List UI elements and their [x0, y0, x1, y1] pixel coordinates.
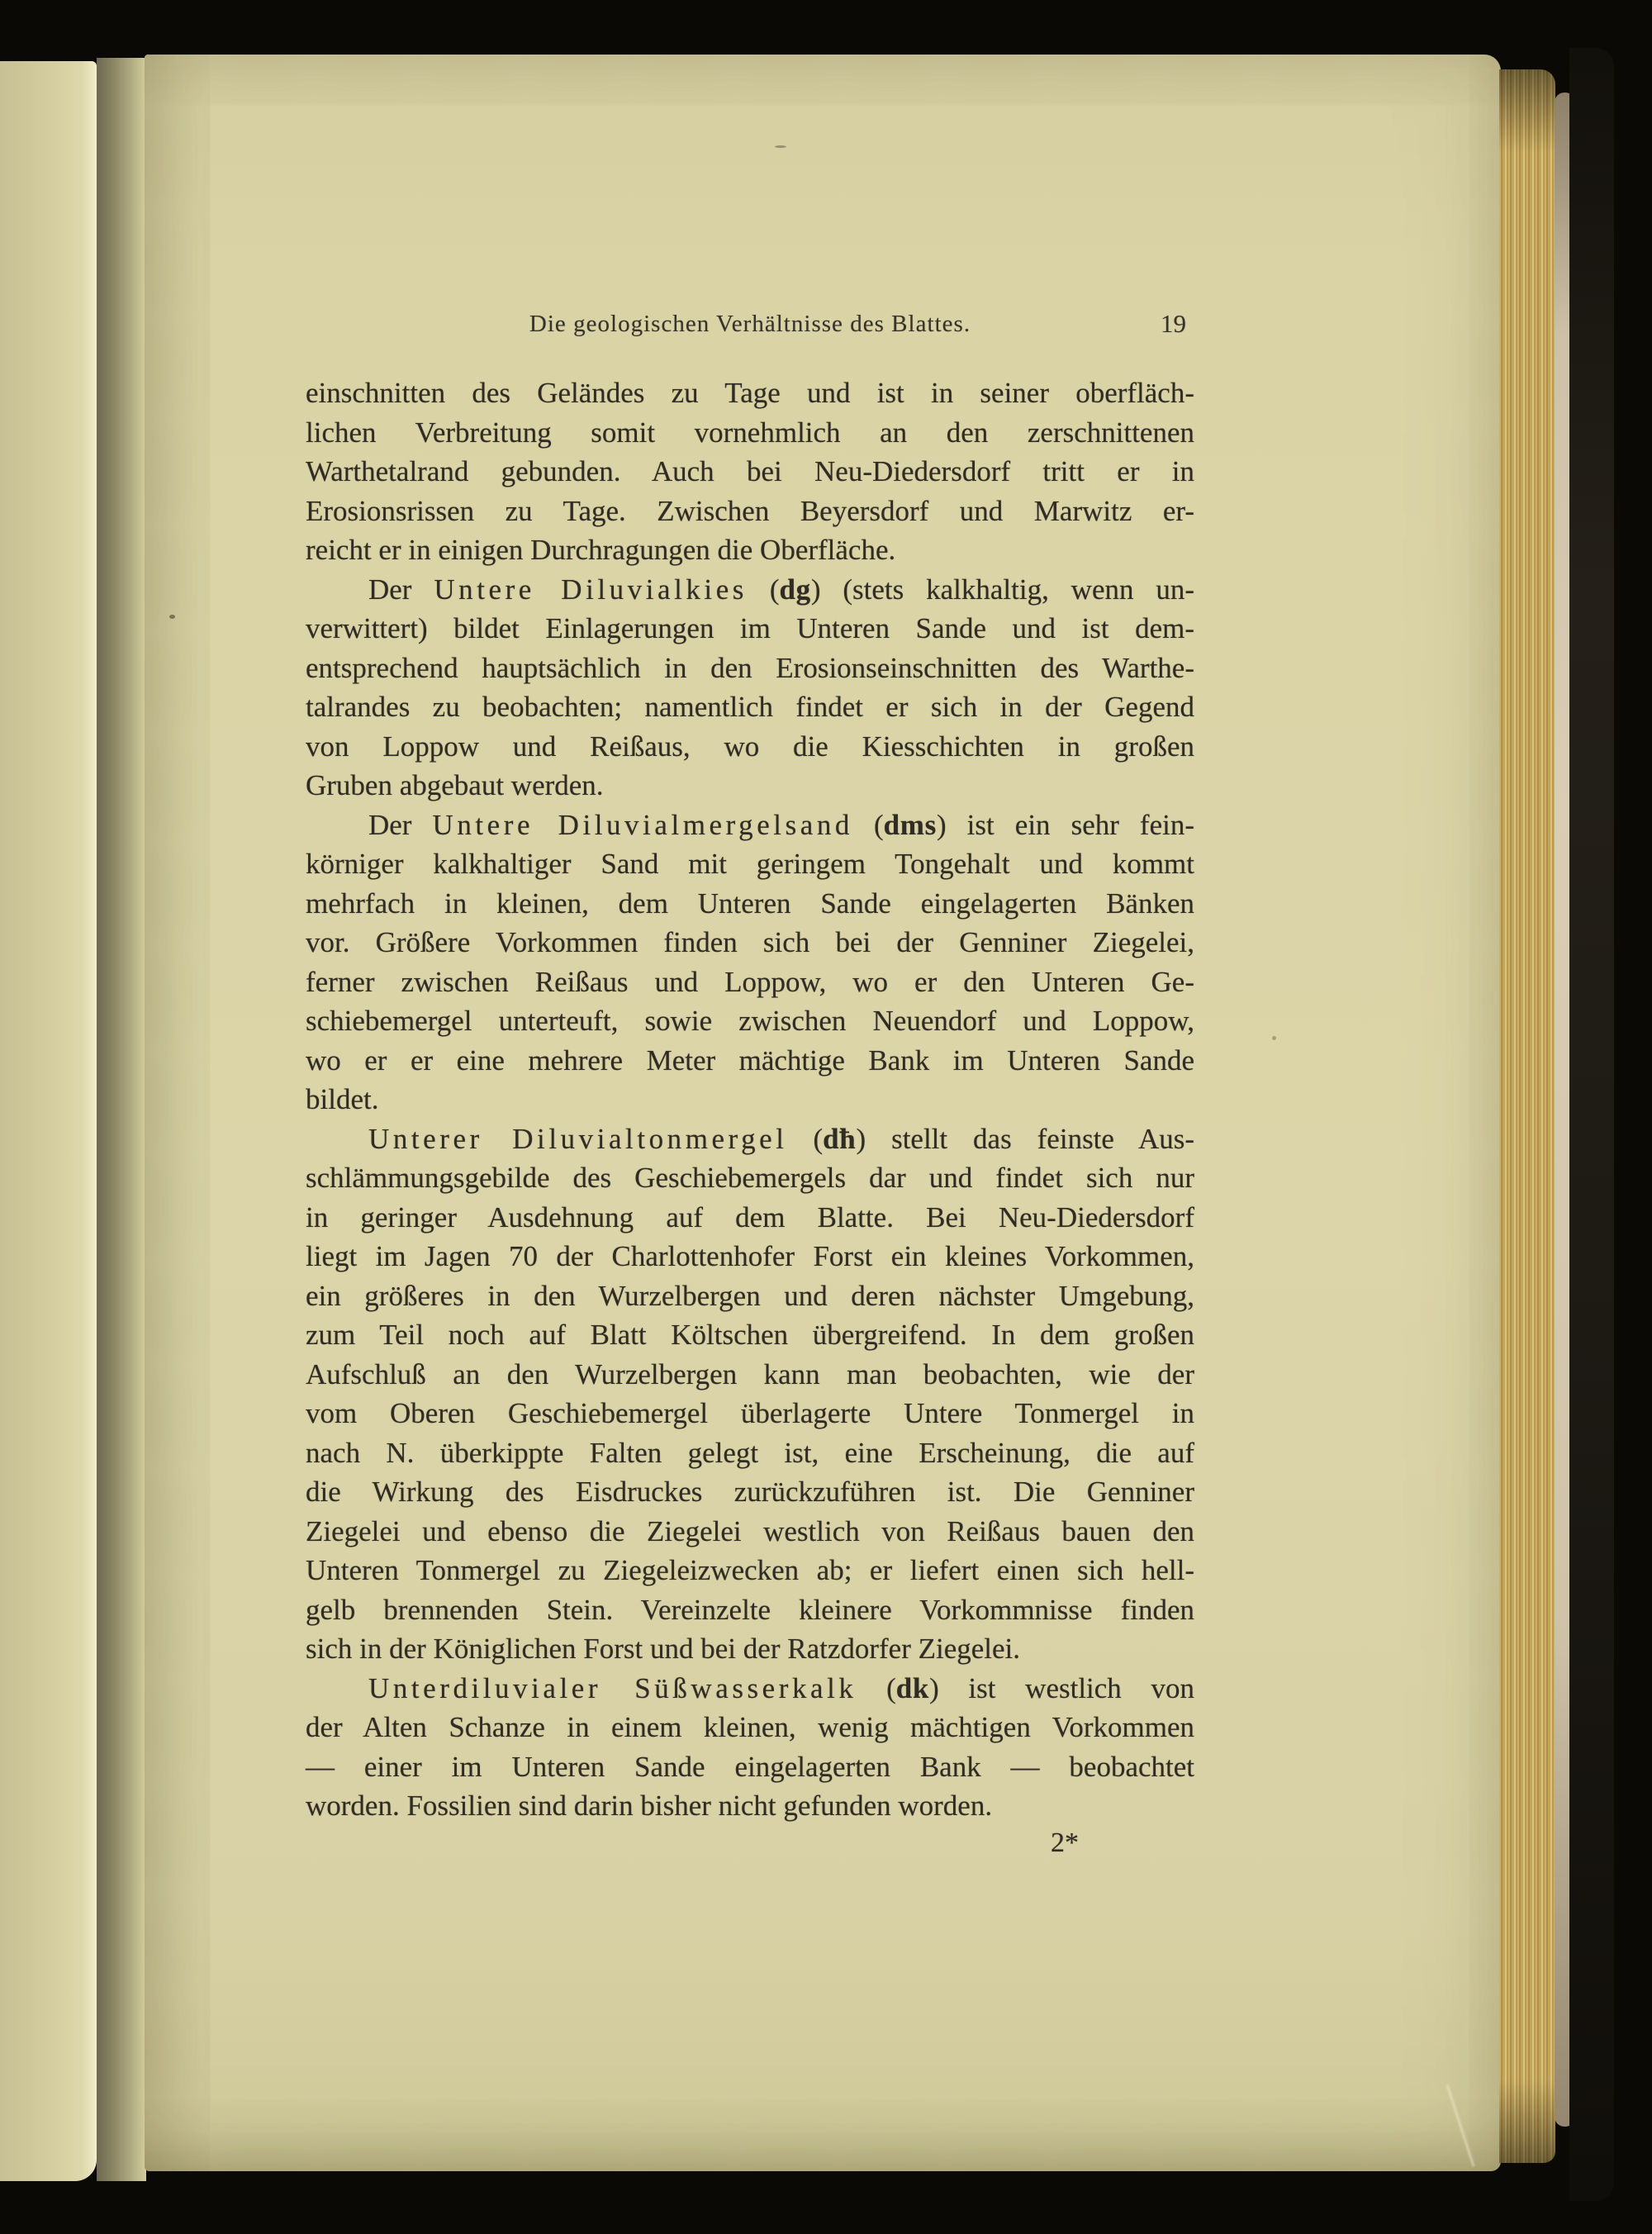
text-line: talrandes zu beobachten; namentlich find… — [306, 687, 1194, 727]
paper-speck — [1272, 1036, 1276, 1040]
running-header-title: Die geologischen Verhältnisse des Blatte… — [306, 311, 1194, 338]
text-line: in geringer Ausdehnung auf dem Blatte. B… — [306, 1198, 1194, 1238]
text-line: sich in der Königlichen Forst und bei de… — [306, 1629, 1194, 1669]
paragraph: Der Untere Diluvialkies (dg) (stets kalk… — [306, 570, 1194, 806]
text-line: gelb brennenden Stein. Vereinzelte klein… — [306, 1590, 1194, 1630]
book-cover-edge — [1569, 48, 1614, 2201]
text-run: ( — [788, 1123, 824, 1155]
text-run: Der — [368, 809, 433, 841]
text-run: talrandes zu beobachten; namentlich find… — [306, 691, 1194, 723]
text-run: liegt im Jagen 70 der Charlottenhofer Fo… — [306, 1240, 1194, 1272]
text-run: Erosionsrissen zu Tage. Zwischen Beyersd… — [306, 495, 1194, 527]
page-number: 19 — [1161, 309, 1186, 339]
text-line: Erosionsrissen zu Tage. Zwischen Beyersd… — [306, 492, 1194, 531]
paragraph: Unterer Diluvialtonmergel (dħ) stellt da… — [306, 1119, 1194, 1669]
emphasized-term: Untere Diluvialmergelsand — [433, 809, 853, 841]
text-run: wo er er eine mehrere Meter mächtige Ban… — [306, 1044, 1194, 1077]
text-line: schlämmungsgebilde des Geschiebemergels … — [306, 1158, 1194, 1198]
body-text: einschnitten des Geländes zu Tage und is… — [306, 373, 1194, 1826]
text-line: Unteren Tonmergel zu Ziegeleizwecken ab;… — [306, 1551, 1194, 1590]
text-line: von Loppow und Reißaus, wo die Kiesschic… — [306, 727, 1194, 767]
text-line: vor. Größere Vorkommen finden sich bei d… — [306, 923, 1194, 963]
text-run: ) ist westlich von — [929, 1672, 1194, 1704]
text-line: Der Untere Diluvialkies (dg) (stets kalk… — [306, 570, 1194, 610]
text-run: ein größeres in den Wurzelbergen und der… — [306, 1280, 1194, 1312]
text-run: vom Oberen Geschiebemergel überlagerte U… — [306, 1397, 1194, 1429]
text-run: Unteren Tonmergel zu Ziegeleizwecken ab;… — [306, 1554, 1194, 1586]
paragraph: einschnitten des Geländes zu Tage und is… — [306, 373, 1194, 570]
paper-speck — [169, 615, 175, 619]
signature-mark: 2* — [306, 1828, 1194, 1859]
text-line: worden. Fossilien sind darin bisher nich… — [306, 1786, 1194, 1826]
text-line: — einer im Unteren Sande eingelagerten B… — [306, 1747, 1194, 1787]
text-run: Ziegelei und ebenso die Ziegelei westlic… — [306, 1515, 1194, 1547]
text-line: entsprechend hauptsächlich in den Erosio… — [306, 649, 1194, 688]
text-run: ( — [857, 1672, 895, 1704]
text-run: Gruben abgebaut werden. — [306, 769, 604, 801]
text-run: in geringer Ausdehnung auf dem Blatte. B… — [306, 1201, 1194, 1233]
text-run: lichen Verbreitung somit vornehmlich an … — [306, 416, 1194, 449]
text-line: einschnitten des Geländes zu Tage und is… — [306, 373, 1194, 413]
text-line: Warthetalrand gebunden. Auch bei Neu-Die… — [306, 452, 1194, 492]
text-line: Unterer Diluvialtonmergel (dħ) stellt da… — [306, 1119, 1194, 1159]
text-run: der Alten Schanze in einem kleinen, weni… — [306, 1711, 1194, 1743]
gutter-shadow — [97, 58, 146, 2181]
text-run: schiebemergel unterteuft, sowie zwischen… — [306, 1005, 1194, 1037]
facing-page-edge — [0, 61, 97, 2181]
geological-map-symbol: dħ — [823, 1123, 856, 1155]
text-run: — einer im Unteren Sande eingelagerten B… — [306, 1751, 1194, 1783]
text-line: der Alten Schanze in einem kleinen, weni… — [306, 1708, 1194, 1747]
text-line: schiebemergel unterteuft, sowie zwischen… — [306, 1001, 1194, 1041]
text-run: reicht er in einigen Durchragungen die O… — [306, 534, 895, 566]
text-run: entsprechend hauptsächlich in den Erosio… — [306, 652, 1194, 684]
text-run: sich in der Königlichen Forst und bei de… — [306, 1633, 1020, 1665]
text-run: vor. Größere Vorkommen finden sich bei d… — [306, 926, 1194, 958]
text-run: gelb brennenden Stein. Vereinzelte klein… — [306, 1594, 1194, 1626]
paper-speck — [775, 145, 786, 148]
text-run: ) stellt das feinste Aus- — [856, 1123, 1194, 1155]
text-run: zum Teil noch auf Blatt Költschen übergr… — [306, 1319, 1194, 1351]
text-line: Der Untere Diluvialmergelsand (dms) ist … — [306, 806, 1194, 845]
text-run: einschnitten des Geländes zu Tage und is… — [306, 377, 1194, 409]
text-line: Aufschluß an den Wurzelbergen kann man b… — [306, 1355, 1194, 1395]
text-line: verwittert) bildet Einlagerungen im Unte… — [306, 609, 1194, 649]
text-line: reicht er in einigen Durchragungen die O… — [306, 530, 1194, 570]
paragraph: Unterdiluvialer Süßwasserkalk (dk) ist w… — [306, 1669, 1194, 1826]
text-line: zum Teil noch auf Blatt Költschen übergr… — [306, 1315, 1194, 1355]
text-line: liegt im Jagen 70 der Charlottenhofer Fo… — [306, 1237, 1194, 1276]
text-run: von Loppow und Reißaus, wo die Kiesschic… — [306, 730, 1194, 763]
text-line: Ziegelei und ebenso die Ziegelei westlic… — [306, 1512, 1194, 1552]
text-line: nach N. überkippte Falten gelegt ist, ei… — [306, 1433, 1194, 1473]
text-run: ) (stets kalkhaltig, wenn un- — [811, 573, 1194, 606]
text-run: ( — [748, 573, 780, 606]
text-run: mehrfach in kleinen, dem Unteren Sande e… — [306, 887, 1194, 920]
text-line: die Wirkung des Eisdruckes zurückzuführe… — [306, 1472, 1194, 1512]
paragraph: Der Untere Diluvialmergelsand (dms) ist … — [306, 806, 1194, 1119]
text-run: verwittert) bildet Einlagerungen im Unte… — [306, 612, 1194, 644]
text-line: ferner zwischen Reißaus und Loppow, wo e… — [306, 963, 1194, 1002]
text-run: ferner zwischen Reißaus und Loppow, wo e… — [306, 966, 1194, 998]
text-run: Der — [368, 573, 434, 606]
text-line: vom Oberen Geschiebemergel überlagerte U… — [306, 1394, 1194, 1433]
text-run: worden. Fossilien sind darin bisher nich… — [306, 1790, 992, 1822]
text-run: schlämmungsgebilde des Geschiebemergels … — [306, 1162, 1194, 1194]
emphasized-term: Unterdiluvialer Süßwasserkalk — [368, 1672, 857, 1704]
text-line: mehrfach in kleinen, dem Unteren Sande e… — [306, 884, 1194, 924]
text-line: Gruben abgebaut werden. — [306, 766, 1194, 806]
text-line: Unterdiluvialer Süßwasserkalk (dk) ist w… — [306, 1669, 1194, 1709]
running-header: Die geologischen Verhältnisse des Blatte… — [306, 311, 1194, 347]
page-fore-edge — [1499, 69, 1555, 2163]
text-line: bildet. — [306, 1080, 1194, 1119]
text-run: Aufschluß an den Wurzelbergen kann man b… — [306, 1358, 1194, 1390]
text-run: die Wirkung des Eisdruckes zurückzuführe… — [306, 1476, 1194, 1508]
text-run: nach N. überkippte Falten gelegt ist, ei… — [306, 1437, 1194, 1469]
text-run: ( — [853, 809, 884, 841]
geological-map-symbol: dg — [779, 573, 810, 606]
text-line: wo er er eine mehrere Meter mächtige Ban… — [306, 1041, 1194, 1081]
text-run: ) ist ein sehr fein- — [937, 809, 1194, 841]
text-run: bildet. — [306, 1083, 378, 1115]
emphasized-term: Unterer Diluvialtonmergel — [368, 1123, 788, 1155]
text-run: Warthetalrand gebunden. Auch bei Neu-Die… — [306, 455, 1194, 487]
text-line: körniger kalkhaltiger Sand mit geringem … — [306, 844, 1194, 884]
text-run: körniger kalkhaltiger Sand mit geringem … — [306, 848, 1194, 880]
geological-map-symbol: dk — [896, 1672, 929, 1704]
text-line: lichen Verbreitung somit vornehmlich an … — [306, 413, 1194, 453]
emphasized-term: Untere Diluvialkies — [434, 573, 748, 606]
text-line: ein größeres in den Wurzelbergen und der… — [306, 1276, 1194, 1316]
geological-map-symbol: dms — [884, 809, 937, 841]
